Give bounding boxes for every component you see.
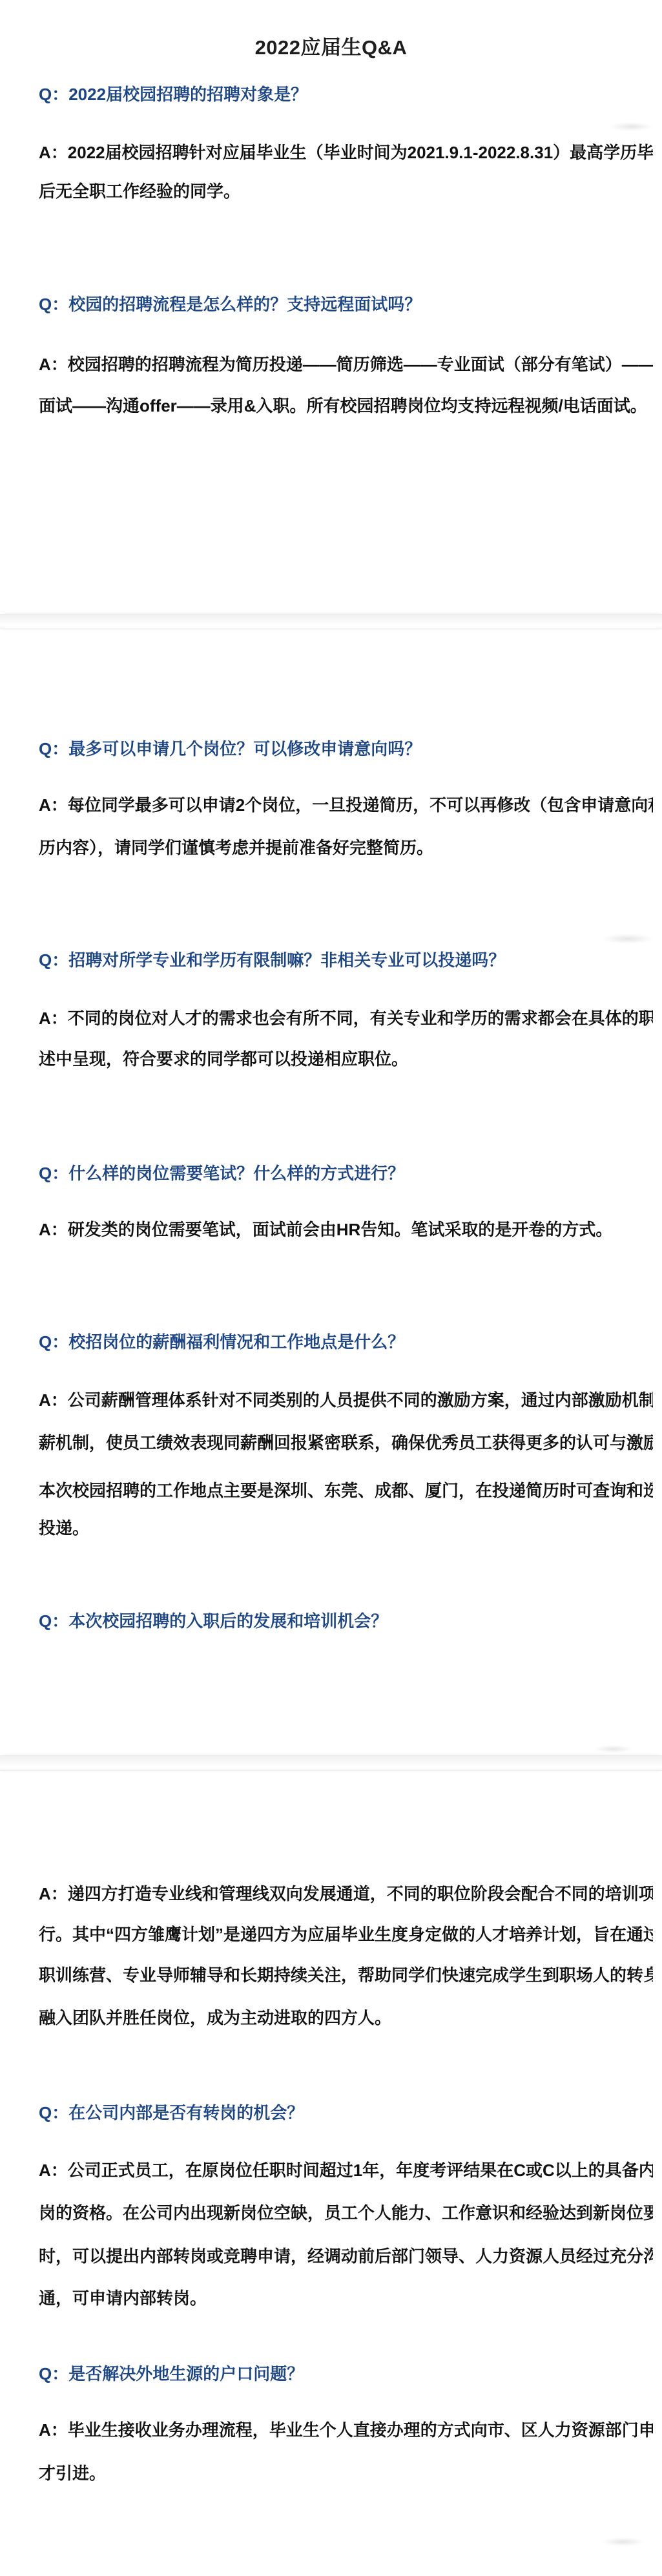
question-2: Q：校园的招聘流程是怎么样的？支持远程面试吗？ bbox=[39, 295, 653, 314]
answer-8-line-4: 通，可申请内部转岗。 bbox=[39, 2288, 653, 2308]
question-4: Q：招聘对所学专业和学历有限制嘛？非相关专业可以投递吗？ bbox=[39, 950, 653, 970]
answer-8-line-2: 岗的资格。在公司内出现新岗位空缺，员工个人能力、工作意识和经验达到新岗位要求 bbox=[39, 2203, 653, 2223]
answer-2-line-1: A：校园招聘的招聘流程为简历投递——简历筛选——专业面试（部分有笔试）——HR bbox=[39, 355, 653, 374]
qa-document-page: 2022应届生Q&A Q：2022届校园招聘的招聘对象是？ A：2022届校园招… bbox=[0, 0, 662, 2576]
question-6: Q：校招岗位的薪酬福利情况和工作地点是什么？ bbox=[39, 1332, 653, 1352]
question-5: Q：什么样的岗位需要笔试？什么样的方式进行？ bbox=[39, 1164, 653, 1183]
question-8: Q：在公司内部是否有转岗的机会？ bbox=[39, 2103, 653, 2122]
answer-6-line-1: A：公司薪酬管理体系针对不同类别的人员提供不同的激励方案，通过内部激励机制与调 bbox=[39, 1390, 653, 1410]
shadow-artifact-1 bbox=[604, 121, 659, 132]
page-break-2 bbox=[0, 1755, 662, 1771]
shadow-artifact-2 bbox=[595, 933, 660, 945]
answer-2-line-2: 面试——沟通offer——录用&入职。所有校园招聘岗位均支持远程视频/电话面试。 bbox=[39, 396, 653, 415]
answer-1-line-1: A：2022届校园招聘针对应届毕业生（毕业时间为2021.9.1-2022.8.… bbox=[39, 143, 653, 162]
question-7: Q：本次校园招聘的入职后的发展和培训机会？ bbox=[39, 1611, 653, 1631]
answer-7-line-4: 融入团队并胜任岗位，成为主动进取的四方人。 bbox=[39, 2008, 653, 2027]
answer-1-line-2: 后无全职工作经验的同学。 bbox=[39, 182, 653, 201]
answer-6-line-4: 投递。 bbox=[39, 1518, 653, 1538]
question-1: Q：2022届校园招聘的招聘对象是？ bbox=[39, 85, 653, 104]
page-break-1 bbox=[0, 614, 662, 629]
answer-5-line-1: A：研发类的岗位需要笔试，面试前会由HR告知。笔试采取的是开卷的方式。 bbox=[39, 1220, 653, 1239]
answer-4-line-1: A：不同的岗位对人才的需求也会有所不同，有关专业和学历的需求都会在具体的职位描 bbox=[39, 1009, 653, 1028]
answer-4-line-2: 述中呈现，符合要求的同学都可以投递相应职位。 bbox=[39, 1049, 653, 1069]
answer-7-line-2: 行。其中“四方雏鹰计划”是递四方为应届毕业生度身定做的人才培养计划，旨在通过入 bbox=[39, 1925, 653, 1944]
question-3: Q：最多可以申请几个岗位？可以修改申请意向吗？ bbox=[39, 739, 653, 759]
answer-9-line-2: 才引进。 bbox=[39, 2464, 653, 2483]
question-9: Q：是否解决外地生源的户口问题？ bbox=[39, 2364, 653, 2383]
answer-3-line-1: A：每位同学最多可以申请2个岗位，一旦投递简历，不可以再修改（包含申请意向和简 bbox=[39, 795, 653, 815]
answer-7-line-1: A：递四方打造专业线和管理线双向发展通道，不同的职位阶段会配合不同的培训项目进 bbox=[39, 1884, 653, 1903]
page-title: 2022应届生Q&A bbox=[0, 31, 662, 60]
answer-8-line-1: A：公司正式员工，在原岗位任职时间超过1年，年度考评结果在C或C以上的具备内部转 bbox=[39, 2161, 653, 2180]
answer-3-line-2: 历内容），请同学们谨慎考虑并提前准备好完整简历。 bbox=[39, 838, 653, 857]
shadow-artifact-3 bbox=[589, 1744, 637, 1754]
answer-7-line-3: 职训练营、专业导师辅导和长期持续关注，帮助同学们快速完成学生到职场人的转身、 bbox=[39, 1965, 653, 1985]
answer-6-line-3: 本次校园招聘的工作地点主要是深圳、东莞、成都、厦门，在投递简历时可查询和选择 bbox=[39, 1481, 653, 1500]
answer-8-line-3: 时，可以提出内部转岗或竞聘申请，经调动前后部门领导、人力资源人员经过充分沟 bbox=[39, 2246, 653, 2266]
shadow-artifact-4 bbox=[595, 2537, 650, 2547]
answer-6-line-2: 薪机制，使员工绩效表现同薪酬回报紧密联系，确保优秀员工获得更多的认可与激励。 bbox=[39, 1433, 653, 1452]
answer-9-line-1: A：毕业生接收业务办理流程，毕业生个人直接办理的方式向市、区人力资源部门申办人 bbox=[39, 2420, 653, 2440]
